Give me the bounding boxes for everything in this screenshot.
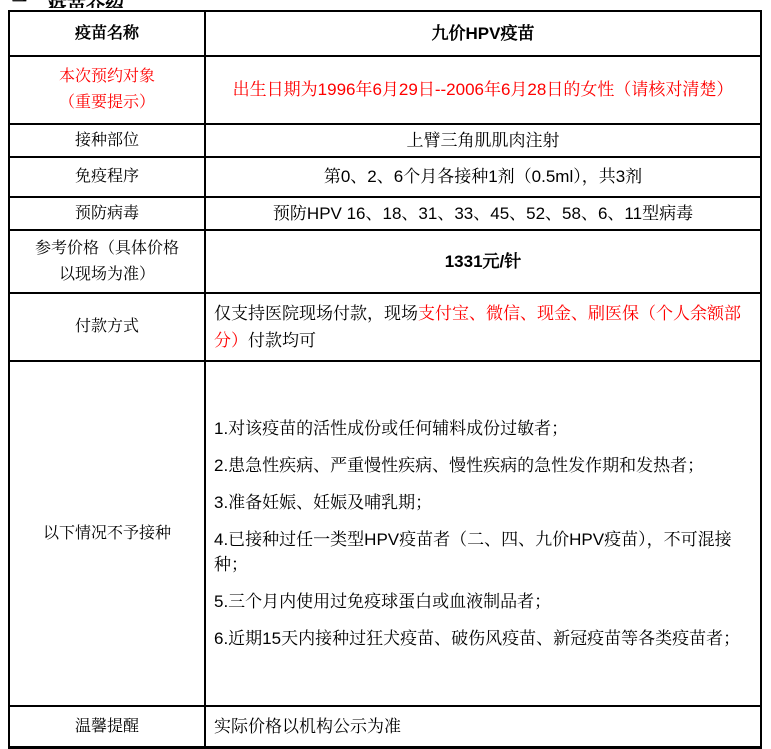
section-heading-clipped: 二、疫苗介绍 (10, 0, 230, 8)
vaccine-info-table: 疫苗名称 九价HPV疫苗 本次预约对象 （重要提示） 出生日期为1996年6月2… (8, 10, 762, 745)
row-vaccine-name: 疫苗名称 九价HPV疫苗 (9, 11, 761, 56)
contraindications-list: 1.对该疫苗的活性成份或任何辅料成份过敏者； 2.患急性疾病、严重慢性疾病、慢性… (205, 361, 761, 706)
vaccine-name-value: 九价HPV疫苗 (205, 11, 761, 56)
reminder-value: 实际价格以机构公示为准 (205, 706, 761, 745)
virus-prevention-label: 预防病毒 (9, 197, 205, 230)
payment-method-suffix: 付款均可 (248, 331, 316, 350)
reference-price-label: 参考价格（具体价格 以现场为准） (9, 230, 205, 293)
payment-method-label: 付款方式 (9, 293, 205, 361)
reservation-target-label: 本次预约对象 （重要提示） (9, 56, 205, 124)
row-virus-prevention: 预防病毒 预防HPV 16、18、31、33、45、52、58、6、11型病毒 (9, 197, 761, 230)
row-injection-site: 接种部位 上臂三角肌肌肉注射 (9, 124, 761, 157)
contraindication-item-4: 4.已接种过任一类型HPV疫苗者（二、四、九价HPV疫苗），不可混接种； (214, 527, 750, 577)
immunization-schedule-label: 免疫程序 (9, 157, 205, 197)
row-reservation-target: 本次预约对象 （重要提示） 出生日期为1996年6月29日--2006年6月28… (9, 56, 761, 124)
contraindication-item-2: 2.患急性疾病、严重慢性疾病、慢性疾病的急性发作期和发热者； (214, 453, 750, 478)
contraindication-item-5: 5.三个月内使用过免疫球蛋白或血液制品者； (214, 589, 750, 614)
payment-method-prefix: 仅支持医院现场付款，现场 (214, 304, 418, 323)
payment-method-value: 仅支持医院现场付款，现场支付宝、微信、现金、刷医保（个人余额部分）付款均可 (205, 293, 761, 361)
reference-price-label-line1: 参考价格（具体价格 (16, 236, 198, 262)
contraindication-item-1: 1.对该疫苗的活性成份或任何辅料成份过敏者； (214, 416, 750, 441)
reservation-target-label-line2: （重要提示） (16, 90, 198, 116)
row-immunization-schedule: 免疫程序 第0、2、6个月各接种1剂（0.5ml），共3剂 (9, 157, 761, 197)
reservation-target-label-line1: 本次预约对象 (16, 64, 198, 90)
row-reminder: 温馨提醒 实际价格以机构公示为准 (9, 706, 761, 745)
row-contraindications: 以下情况不予接种 1.对该疫苗的活性成份或任何辅料成份过敏者； 2.患急性疾病、… (9, 361, 761, 706)
contraindications-label: 以下情况不予接种 (9, 361, 205, 706)
virus-prevention-value: 预防HPV 16、18、31、33、45、52、58、6、11型病毒 (205, 197, 761, 230)
row-payment-method: 付款方式 仅支持医院现场付款，现场支付宝、微信、现金、刷医保（个人余额部分）付款… (9, 293, 761, 361)
row-reference-price: 参考价格（具体价格 以现场为准） 1331元/针 (9, 230, 761, 293)
contraindication-item-6: 6.近期15天内接种过狂犬疫苗、破伤风疫苗、新冠疫苗等各类疫苗者； (214, 626, 750, 651)
immunization-schedule-value: 第0、2、6个月各接种1剂（0.5ml），共3剂 (205, 157, 761, 197)
vaccine-name-label: 疫苗名称 (9, 11, 205, 56)
section-heading-text: 二、疫苗介绍 (10, 0, 124, 8)
reminder-label: 温馨提醒 (9, 706, 205, 745)
injection-site-value: 上臂三角肌肌肉注射 (205, 124, 761, 157)
contraindication-item-3: 3.准备妊娠、妊娠及哺乳期； (214, 490, 750, 515)
injection-site-label: 接种部位 (9, 124, 205, 157)
reference-price-value: 1331元/针 (205, 230, 761, 293)
reference-price-label-line2: 以现场为准） (16, 262, 198, 288)
reservation-target-value: 出生日期为1996年6月29日--2006年6月28日的女性（请核对清楚） (205, 56, 761, 124)
